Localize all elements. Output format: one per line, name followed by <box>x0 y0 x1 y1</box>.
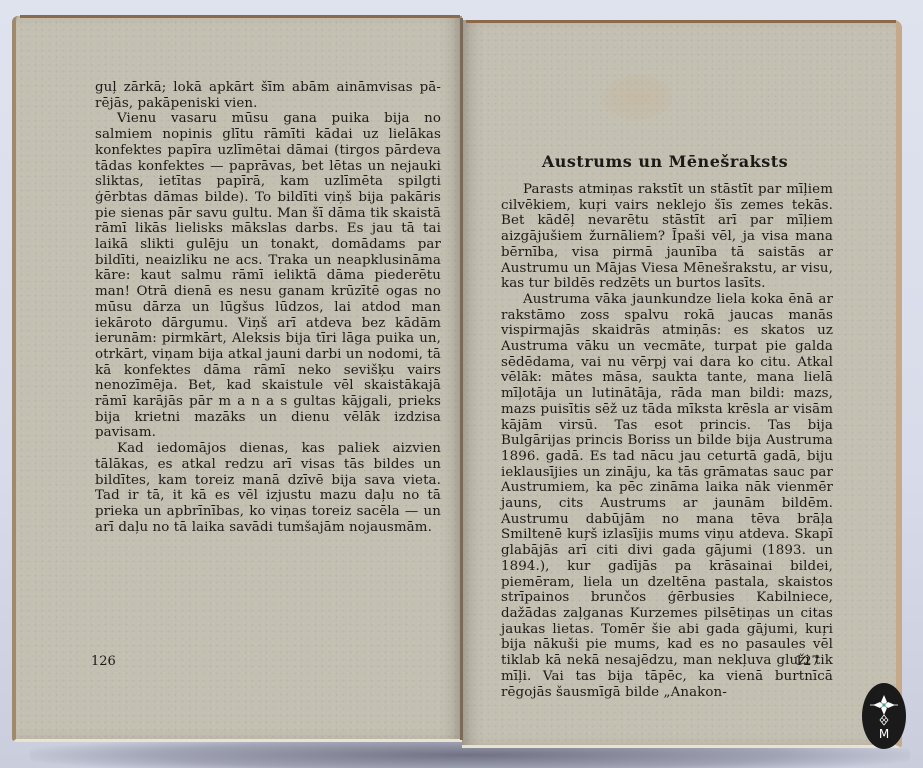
chapter-title: Austrums un Mēnešraksts <box>490 152 840 171</box>
page-number-left: 126 <box>91 654 116 669</box>
right-page-text: Parasts atmiņas rakstīt un stāstīt par m… <box>501 182 833 700</box>
svg-text:M: M <box>879 727 889 741</box>
paragraph: Austruma vāka jaunkundze liela koka ēnā … <box>501 292 833 700</box>
book-spine <box>460 18 463 740</box>
open-book: guļ zārkā; lokā apkārt šīm abām aināmvis… <box>0 0 923 768</box>
folk-ornament-logo-icon: M <box>869 691 899 741</box>
watermark-logo: M <box>862 683 906 749</box>
right-page: Austrums un Mēnešraksts Parasts atmiņas … <box>462 20 902 748</box>
paper-stain <box>602 75 672 120</box>
page-number-right: 127 <box>795 654 820 669</box>
paragraph: Parasts atmiņas rakstīt un stāstīt par m… <box>501 182 833 292</box>
left-page-top-edge <box>20 15 460 18</box>
paragraph: guļ zārkā; lokā apkārt šīm abām aināmvis… <box>95 80 441 111</box>
left-page-text: guļ zārkā; lokā apkārt šīm abām aināmvis… <box>95 80 441 535</box>
left-page: guļ zārkā; lokā apkārt šīm abām aināmvis… <box>12 16 462 742</box>
right-page-top-edge <box>466 20 896 23</box>
paragraph: Vienu vasaru mūsu gana puika bija no sal… <box>95 111 441 441</box>
paragraph: Kad iedomājos dienas, kas paliek aizvien… <box>95 441 441 535</box>
